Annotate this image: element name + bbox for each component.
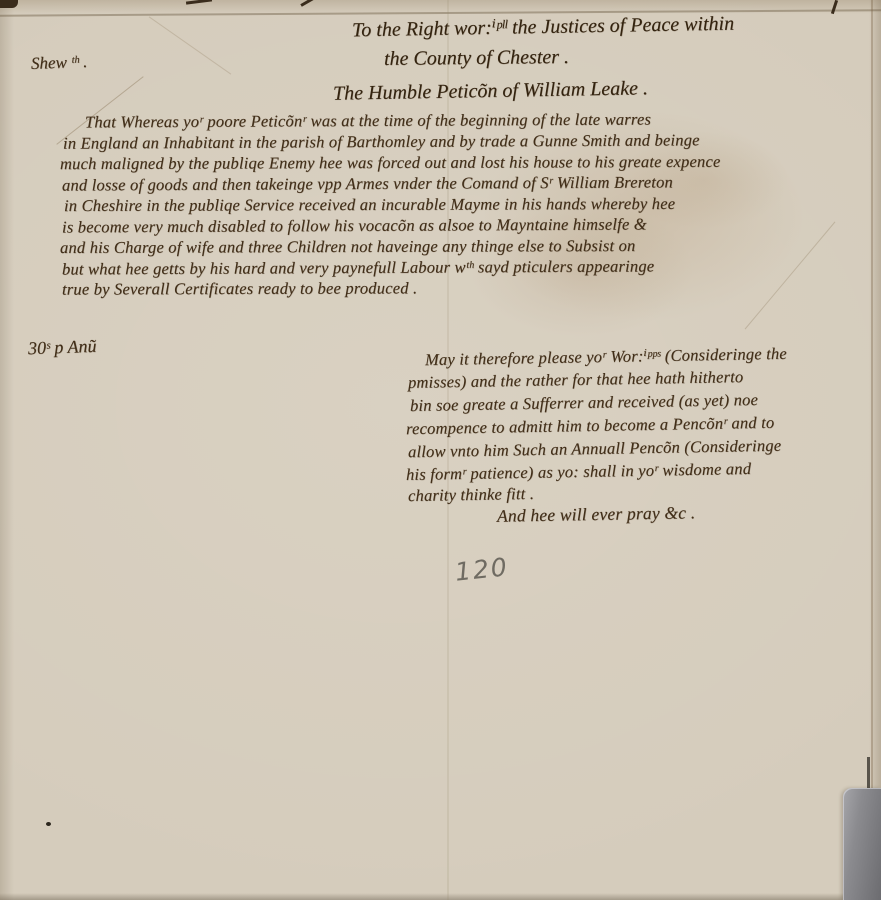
petition-addressee-line2: the County of Chester . xyxy=(384,46,569,70)
page-edge-ink-fragment xyxy=(186,0,212,5)
page-edge-ink-fragment xyxy=(300,0,315,7)
prayer-line: charity thinke fitt . xyxy=(408,485,534,505)
paper-edge-right xyxy=(871,0,873,900)
prayer-line: May it therefore please yoʳ Wor:ⁱᵖᵖˢ (Co… xyxy=(425,345,787,369)
petition-body-line: and his Charge of wife and three Childre… xyxy=(60,237,636,257)
prayer-line: allow vnto him Such an Annuall Pencõn (C… xyxy=(408,437,782,462)
petition-body-line: That Whereas yoʳ poore Peticõnʳ was at t… xyxy=(85,111,651,132)
prayer-line: bin soe greate a Sufferrer and received … xyxy=(410,391,758,415)
margin-note-sheweth: Shew ᵗʰ . xyxy=(31,53,88,74)
page-top-edge xyxy=(0,9,881,16)
petition-body-line: true by Severall Certificates ready to b… xyxy=(62,279,417,298)
petition-body-line: but what hee getts by his hard and very … xyxy=(62,257,654,278)
petition-body-line: in England an Inhabitant in the parish o… xyxy=(63,131,700,152)
margin-note-pension: 30ˢ p Anũ xyxy=(28,337,97,359)
petition-body-line: is become very much disabled to follow h… xyxy=(62,215,647,236)
paper-speck xyxy=(46,822,51,826)
petition-addressee-line1: To the Right wor:ⁱᵖˡˡ the Justices of Pe… xyxy=(352,13,734,42)
prayer-line: recompence to admitt him to become a Pen… xyxy=(406,414,775,439)
page-edge-ink-fragment xyxy=(0,0,18,8)
metal-clip xyxy=(843,788,881,900)
petition-title: The Humble Peticõn of William Leake . xyxy=(333,77,648,104)
clip-wire xyxy=(867,757,870,791)
prayer-line: his formʳ patience) as yo: shall in yoʳ … xyxy=(406,460,751,484)
prayer-line: pmisses) and the rather for that hee hat… xyxy=(408,368,744,392)
pencil-folio-number: 120 xyxy=(454,553,510,586)
prayer-closing: And hee will ever pray &c . xyxy=(497,503,696,526)
paper-crease xyxy=(745,222,836,330)
paper-crease xyxy=(149,16,231,74)
petition-body-line: and losse of goods and then takeinge vpp… xyxy=(62,173,673,194)
page-edge-ink-fragment xyxy=(831,0,838,14)
document-page: To the Right wor:ⁱᵖˡˡ the Justices of Pe… xyxy=(0,0,881,900)
petition-body-line: much maligned by the publiqe Enemy hee w… xyxy=(60,153,721,173)
petition-body-line: in Cheshire in the publiqe Service recei… xyxy=(64,195,675,215)
